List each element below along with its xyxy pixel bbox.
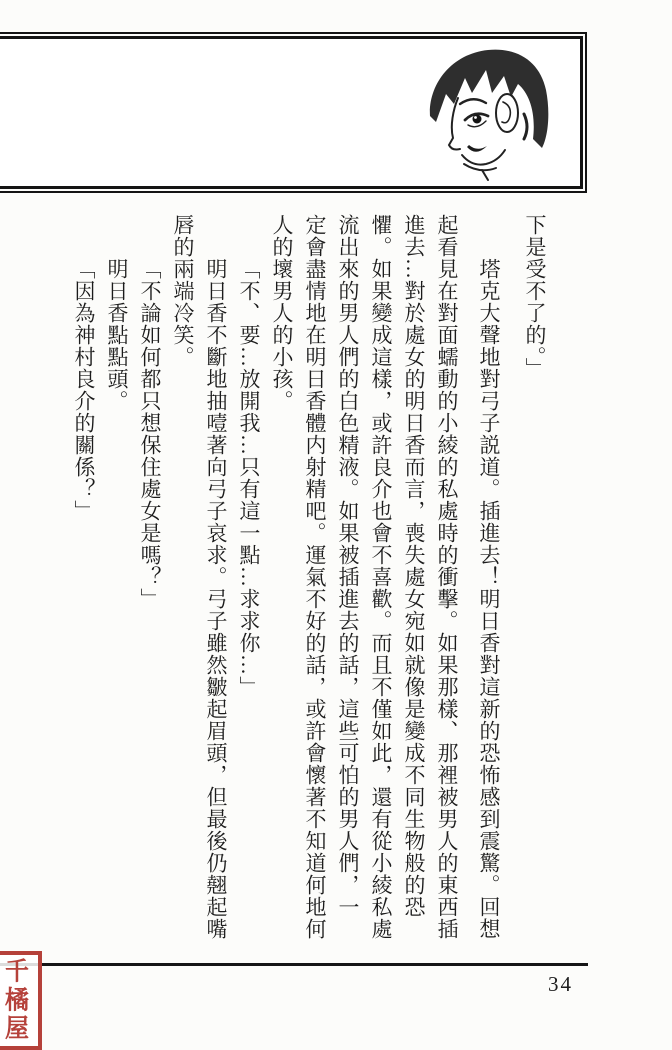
seal-character: 屋 [5,1017,29,1042]
text-line: 起看見在對面蠕動的小綾的私處時的衝擊。如果那樣、那裡被男人的東西插 [430,214,463,950]
text-line: 唇的兩端冷笑。 [166,214,199,950]
ear-shape [496,94,518,132]
text-line: 塔克大聲地對弓子説道。插進去！明日香對這新的恐怖感到震驚。回想 [472,214,505,950]
text-line: 「不、要…放開我…只有這一點…求求你…」 [232,214,265,950]
text-line: 進去…對於處女的明日香而言，喪失處女宛如就像是變成不同生物般的恐 [397,214,430,950]
text-line: 人的壞男人的小孩。 [265,214,298,950]
novel-page: { "page": { "ink": "#1b1b1b", "seal_red"… [0,0,672,1050]
character-portrait-illustration [420,42,560,182]
text-line: 「因為神村良介的關係？」 [67,214,100,950]
seal-character: 千 [5,959,29,984]
text-line: 明日香不斷地抽噎著向弓子哀求。弓子雖然皺起眉頭，但最後仍翹起嘴 [199,214,232,950]
text-line: 流出來的男人們的白色精液。如果被插進去的話，這些可怕的男人們，一 [331,214,364,950]
seal-character: 橘 [5,988,29,1013]
hair-shape [430,50,548,148]
text-line: 明日香點點頭。 [100,214,133,950]
footer-divider [0,963,588,966]
text-line: 懼。如果變成這樣，或許良介也會不喜歡。而且不僅如此，還有從小綾私處 [364,214,397,950]
body-text: 下是受不了的。」塔克大聲地對弓子説道。插進去！明日香對這新的恐怖感到震驚。回想起… [67,214,551,950]
text-line: 下是受不了的。」 [518,214,551,950]
page-number: 34 [548,972,573,997]
text-line: 「不論如何都只想保住處女是嗎？」 [133,214,166,950]
publisher-seal: 千 橘 屋 [0,951,42,1050]
text-line: 定會盡情地在明日香體内射精吧。運氣不好的話，或許會懷著不知道何地何 [298,214,331,950]
